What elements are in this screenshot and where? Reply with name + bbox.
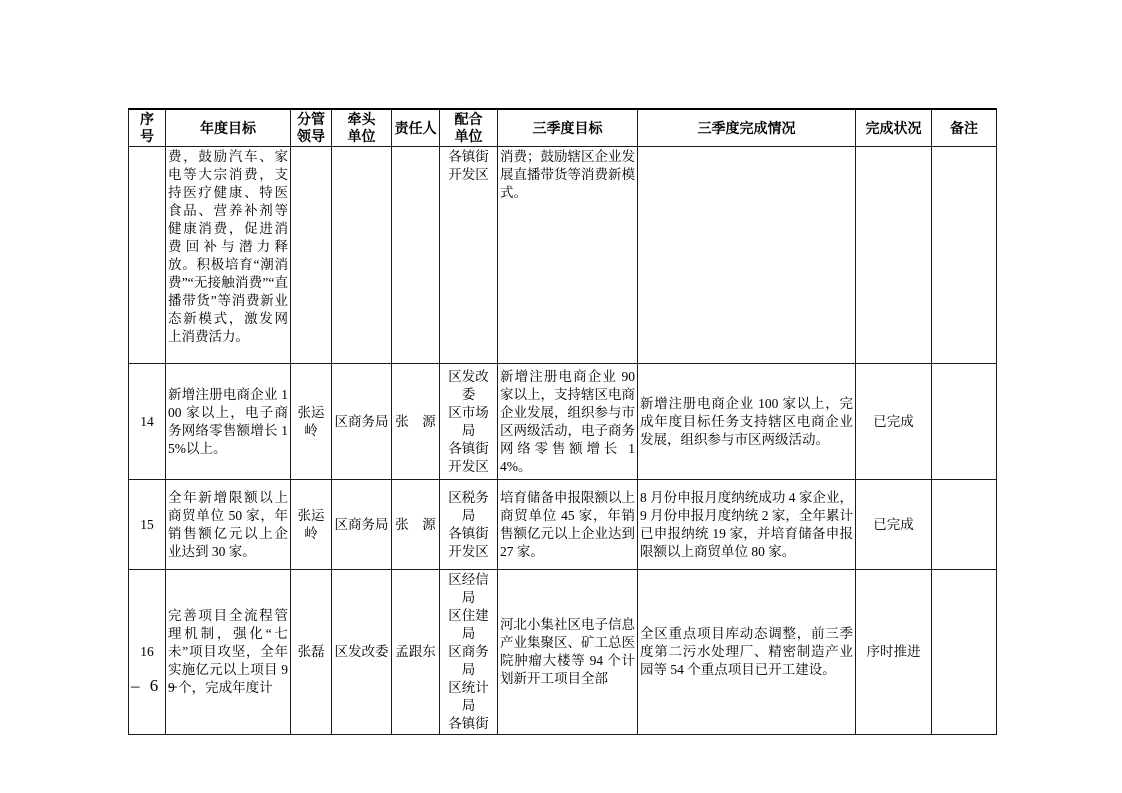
cell-remark <box>932 570 997 735</box>
cell-q3-goal: 新增注册电商企业 90 家以上，支持辖区电商企业发展，组织参与市区两级活动，电子… <box>498 364 638 480</box>
cell-responsible-person: 张 源 <box>392 480 440 570</box>
cell-annual-goal: 完善项目全流程管理机制，强化“七未”项目攻坚，全年实施亿元以上项目 99 个，完… <box>166 570 291 735</box>
cell-leader: 张运岭 <box>291 364 332 480</box>
cell-q3-goal: 消费；鼓励辖区企业发展直播带货等消费新模式。 <box>498 147 638 364</box>
table-row-continuation: 费，鼓励汽车、家电等大宗消费，支持医疗健康、特医食品、营养补剂等健康消费，促进消… <box>129 147 997 364</box>
cell-remark <box>932 364 997 480</box>
table-row-16: 16 完善项目全流程管理机制，强化“七未”项目攻坚，全年实施亿元以上项目 99 … <box>129 570 997 735</box>
cell-seq-number: 16 <box>129 570 166 735</box>
cell-lead-unit: 区商务局 <box>332 364 392 480</box>
header-annual-goal: 年度目标 <box>166 109 291 147</box>
header-seq-number: 序 号 <box>129 109 166 147</box>
cell-remark <box>932 480 997 570</box>
cell-responsible-person: 孟跟东 <box>392 570 440 735</box>
cell-lead-unit: 区商务局 <box>332 480 392 570</box>
table-header-row: 序 号 年度目标 分管 领导 牵头 单位 责任人 配合 单位 三季度目标 三季度… <box>129 109 997 147</box>
header-q3-goal: 三季度目标 <box>498 109 638 147</box>
table-row-14: 14 新增注册电商企业 100 家以上，电子商务网络零售额增长 15%以上。 张… <box>129 364 997 480</box>
header-q3-completion: 三季度完成情况 <box>638 109 856 147</box>
cell-seq-number: 14 <box>129 364 166 480</box>
header-support-units: 配合 单位 <box>440 109 498 147</box>
header-remark: 备注 <box>932 109 997 147</box>
cell-lead-unit <box>332 147 392 364</box>
cell-status: 已完成 <box>856 364 932 480</box>
cell-remark <box>932 147 997 364</box>
document-page: 序 号 年度目标 分管 领导 牵头 单位 责任人 配合 单位 三季度目标 三季度… <box>0 0 1122 793</box>
header-status: 完成状况 <box>856 109 932 147</box>
cell-q3-goal: 河北小集社区电子信息产业集聚区、矿工总医院肿瘤大楼等 94 个计划新开工项目全部 <box>498 570 638 735</box>
page-number: – 6 – <box>131 676 180 696</box>
cell-q3-goal: 培育储备申报限额以上商贸单位 45 家，年销售额亿元以上企业达到 27 家。 <box>498 480 638 570</box>
cell-leader: 张磊 <box>291 570 332 735</box>
cell-q3-completion: 全区重点项目库动态调整，前三季度第二污水处理厂、精密制造产业园等 54 个重点项… <box>638 570 856 735</box>
cell-q3-completion: 新增注册电商企业 100 家以上，完成年度目标任务支持辖区电商企业发展，组织参与… <box>638 364 856 480</box>
cell-responsible-person: 张 源 <box>392 364 440 480</box>
cell-seq-number <box>129 147 166 364</box>
cell-leader <box>291 147 332 364</box>
cell-annual-goal: 新增注册电商企业 100 家以上，电子商务网络零售额增长 15%以上。 <box>166 364 291 480</box>
header-responsible-person: 责任人 <box>392 109 440 147</box>
cell-lead-unit: 区发改委 <box>332 570 392 735</box>
cell-leader: 张运岭 <box>291 480 332 570</box>
cell-status: 已完成 <box>856 480 932 570</box>
cell-annual-goal: 费，鼓励汽车、家电等大宗消费，支持医疗健康、特医食品、营养补剂等健康消费，促进消… <box>166 147 291 364</box>
cell-support-units: 区税务局 各镇街 开发区 <box>440 480 498 570</box>
cell-q3-completion <box>638 147 856 364</box>
quarterly-progress-table: 序 号 年度目标 分管 领导 牵头 单位 责任人 配合 单位 三季度目标 三季度… <box>128 108 997 735</box>
header-leader: 分管 领导 <box>291 109 332 147</box>
header-lead-unit: 牵头 单位 <box>332 109 392 147</box>
cell-status <box>856 147 932 364</box>
cell-responsible-person <box>392 147 440 364</box>
cell-support-units: 各镇街 开发区 <box>440 147 498 364</box>
cell-q3-completion: 8 月份申报月度纳统成功 4 家企业，9 月份申报月度纳统 2 家，全年累计已申… <box>638 480 856 570</box>
cell-status: 序时推进 <box>856 570 932 735</box>
cell-support-units: 区发改委 区市场局 各镇街 开发区 <box>440 364 498 480</box>
table-row-15: 15 全年新增限额以上商贸单位 50 家，年销售额亿元以上企业达到 30 家。 … <box>129 480 997 570</box>
cell-seq-number: 15 <box>129 480 166 570</box>
cell-annual-goal: 全年新增限额以上商贸单位 50 家，年销售额亿元以上企业达到 30 家。 <box>166 480 291 570</box>
cell-support-units: 区经信局 区住建局 区商务局 区统计局 各镇街 <box>440 570 498 735</box>
